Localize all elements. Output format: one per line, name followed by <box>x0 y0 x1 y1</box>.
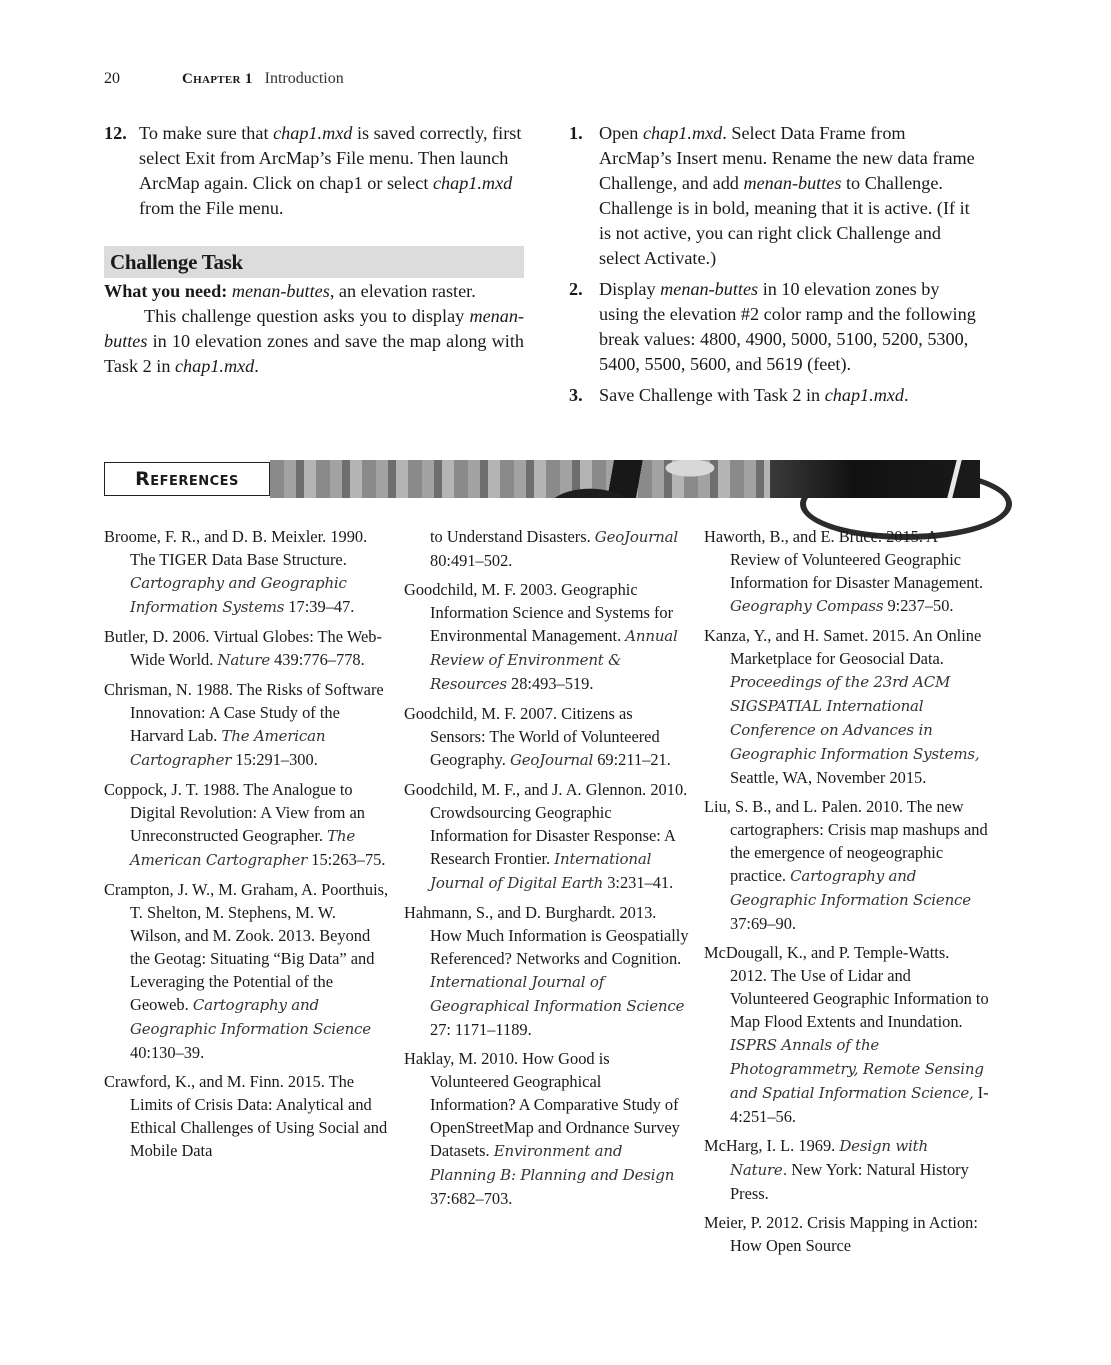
filename: chap1.mxd <box>643 123 722 143</box>
step-number: 12. <box>104 121 139 221</box>
ref-text: Kanza, Y., and H. Samet. 2015. An Online… <box>704 626 981 668</box>
ref-text: Broome, F. R., and D. B. Meixler. 1990. … <box>104 527 367 569</box>
references-heading: References <box>104 462 270 496</box>
step-number: 3. <box>569 383 599 408</box>
ref-pages: Seattle, WA, November 2015. <box>730 768 926 787</box>
chapter-title: Introduction <box>265 70 344 87</box>
reference-entry: Meier, P. 2012. Crisis Mapping in Action… <box>704 1211 989 1258</box>
references-column-1: Broome, F. R., and D. B. Meixler. 1990. … <box>104 525 389 1169</box>
ref-pages: 17:39–47. <box>284 597 354 616</box>
reference-entry: Haklay, M. 2010. How Good is Volunteered… <box>404 1047 689 1210</box>
step-text: To make sure that chap1.mxd is saved cor… <box>139 121 524 221</box>
step-number: 1. <box>569 121 599 271</box>
ref-pages: 37:69–90. <box>730 914 796 933</box>
reference-entry: McHarg, I. L. 1969. Design with Nature. … <box>704 1134 989 1205</box>
text-run: This challenge question asks you to disp… <box>144 306 469 326</box>
dataset-name: menan-buttes <box>660 279 758 299</box>
ref-journal: ISPRS Annals of the Photogrammetry, Remo… <box>730 1036 984 1102</box>
ref-text: Meier, P. 2012. Crisis Mapping in Action… <box>704 1213 978 1255</box>
ref-text: McDougall, K., and P. Temple-Watts. 2012… <box>704 943 989 1031</box>
filename: chap1.mxd <box>175 356 254 376</box>
ref-pages: 9:237–50. <box>883 596 953 615</box>
text-run: in 10 elevation zones and save the map a… <box>104 331 524 376</box>
dataset-name: menan-buttes <box>743 173 841 193</box>
ref-journal: GeoJournal <box>595 528 678 546</box>
reference-entry: Crawford, K., and M. Finn. 2015. The Lim… <box>104 1070 389 1163</box>
reference-entry: Chrisman, N. 1988. The Risks of Software… <box>104 678 389 772</box>
reference-entry: Goodchild, M. F. 2007. Citizens as Senso… <box>404 702 689 772</box>
challenge-step-3: 3. Save Challenge with Task 2 in chap1.m… <box>569 383 981 408</box>
ref-journal: International Journal of Geographical In… <box>430 973 684 1015</box>
reference-entry: Coppock, J. T. 1988. The Analogue to Dig… <box>104 778 389 872</box>
ref-journal: Geography Compass <box>730 597 883 615</box>
ref-text: to Understand Disasters. <box>430 527 595 546</box>
challenge-step-2: 2. Display menan-buttes in 10 elevation … <box>569 277 981 377</box>
dataset-name: menan-buttes <box>232 281 330 301</box>
need-label: What you need: <box>104 281 227 301</box>
step-number: 2. <box>569 277 599 377</box>
reference-entry: Hahmann, S., and D. Burghardt. 2013. How… <box>404 901 689 1041</box>
ref-pages: 37:682–703. <box>430 1189 512 1208</box>
left-column: 12. To make sure that chap1.mxd is saved… <box>104 121 524 379</box>
reference-entry: Goodchild, M. F. 2003. Geographic Inform… <box>404 578 689 696</box>
challenge-step-1: 1. Open chap1.mxd. Select Data Frame fro… <box>569 121 981 271</box>
reference-entry: Haworth, B., and E. Bruce. 2015. A Revie… <box>704 525 989 618</box>
right-column: 1. Open chap1.mxd. Select Data Frame fro… <box>569 121 981 414</box>
step-text: Display menan-buttes in 10 elevation zon… <box>599 277 981 377</box>
chapter-label: Chapter 1 <box>182 71 253 87</box>
text-run: Save Challenge with Task 2 in <box>599 385 825 405</box>
reference-entry: Liu, S. B., and L. Palen. 2010. The new … <box>704 795 989 935</box>
text-run: To make sure that <box>139 123 273 143</box>
ref-pages: 40:130–39. <box>130 1043 204 1062</box>
ref-pages: 15:291–300. <box>231 750 318 769</box>
ref-pages: 28:493–519. <box>507 674 594 693</box>
step-12: 12. To make sure that chap1.mxd is saved… <box>104 121 524 221</box>
reference-entry: McDougall, K., and P. Temple-Watts. 2012… <box>704 941 989 1128</box>
ref-journal: Proceedings of the 23rd ACM SIGSPATIAL I… <box>730 673 979 763</box>
running-head: 20 Chapter 1 Introduction <box>104 70 344 88</box>
references-banner: References <box>104 460 980 498</box>
challenge-task-heading: Challenge Task <box>104 246 524 278</box>
reference-entry: Kanza, Y., and H. Samet. 2015. An Online… <box>704 624 989 789</box>
ref-text: McHarg, I. L. 1969. <box>704 1136 839 1155</box>
step-text: Open chap1.mxd. Select Data Frame from A… <box>599 121 981 271</box>
references-column-2: to Understand Disasters. GeoJournal 80:4… <box>404 525 689 1216</box>
reference-entry: Goodchild, M. F., and J. A. Glennon. 201… <box>404 778 689 895</box>
reference-entry: Butler, D. 2006. Virtual Globes: The Web… <box>104 625 389 672</box>
ref-journal: Nature <box>217 651 270 669</box>
references-column-3: Haworth, B., and E. Bruce. 2015. A Revie… <box>704 525 989 1264</box>
ref-journal: GeoJournal <box>510 751 593 769</box>
ref-text: Haworth, B., and E. Bruce. 2015. A Revie… <box>704 527 983 592</box>
ref-text: Crampton, J. W., M. Graham, A. Poorthuis… <box>104 880 388 1014</box>
reference-entry: Broome, F. R., and D. B. Meixler. 1990. … <box>104 525 389 619</box>
reference-entry-continued: to Understand Disasters. GeoJournal 80:4… <box>404 525 689 572</box>
step-text: Save Challenge with Task 2 in chap1.mxd. <box>599 383 981 408</box>
text-run: . <box>254 356 259 376</box>
filename: chap1.mxd <box>433 173 512 193</box>
text-run: . <box>904 385 909 405</box>
ref-pages: 27: 1171–1189. <box>430 1020 532 1039</box>
reference-entry: Crampton, J. W., M. Graham, A. Poorthuis… <box>104 878 389 1064</box>
ref-pages: 80:491–502. <box>430 551 512 570</box>
ref-pages: 3:231–41. <box>603 873 673 892</box>
ref-text: Hahmann, S., and D. Burghardt. 2013. How… <box>404 903 689 968</box>
text-run: , an elevation raster. <box>330 281 476 301</box>
filename: chap1.mxd <box>825 385 904 405</box>
text-run: Open <box>599 123 643 143</box>
page-number: 20 <box>104 70 178 88</box>
ref-pages: 439:776–778. <box>270 650 365 669</box>
text-run: Display <box>599 279 660 299</box>
ref-text: Coppock, J. T. 1988. The Analogue to Dig… <box>104 780 365 845</box>
challenge-description: This challenge question asks you to disp… <box>104 304 524 379</box>
ref-text: Crawford, K., and M. Finn. 2015. The Lim… <box>104 1072 387 1160</box>
text-run: from the File menu. <box>139 198 283 218</box>
ref-pages: 69:211–21. <box>593 750 671 769</box>
ref-pages: 15:263–75. <box>307 850 385 869</box>
what-you-need: What you need: menan-buttes, an elevatio… <box>104 279 524 304</box>
aerial-imagery-strip <box>270 460 980 498</box>
filename: chap1.mxd <box>273 123 352 143</box>
